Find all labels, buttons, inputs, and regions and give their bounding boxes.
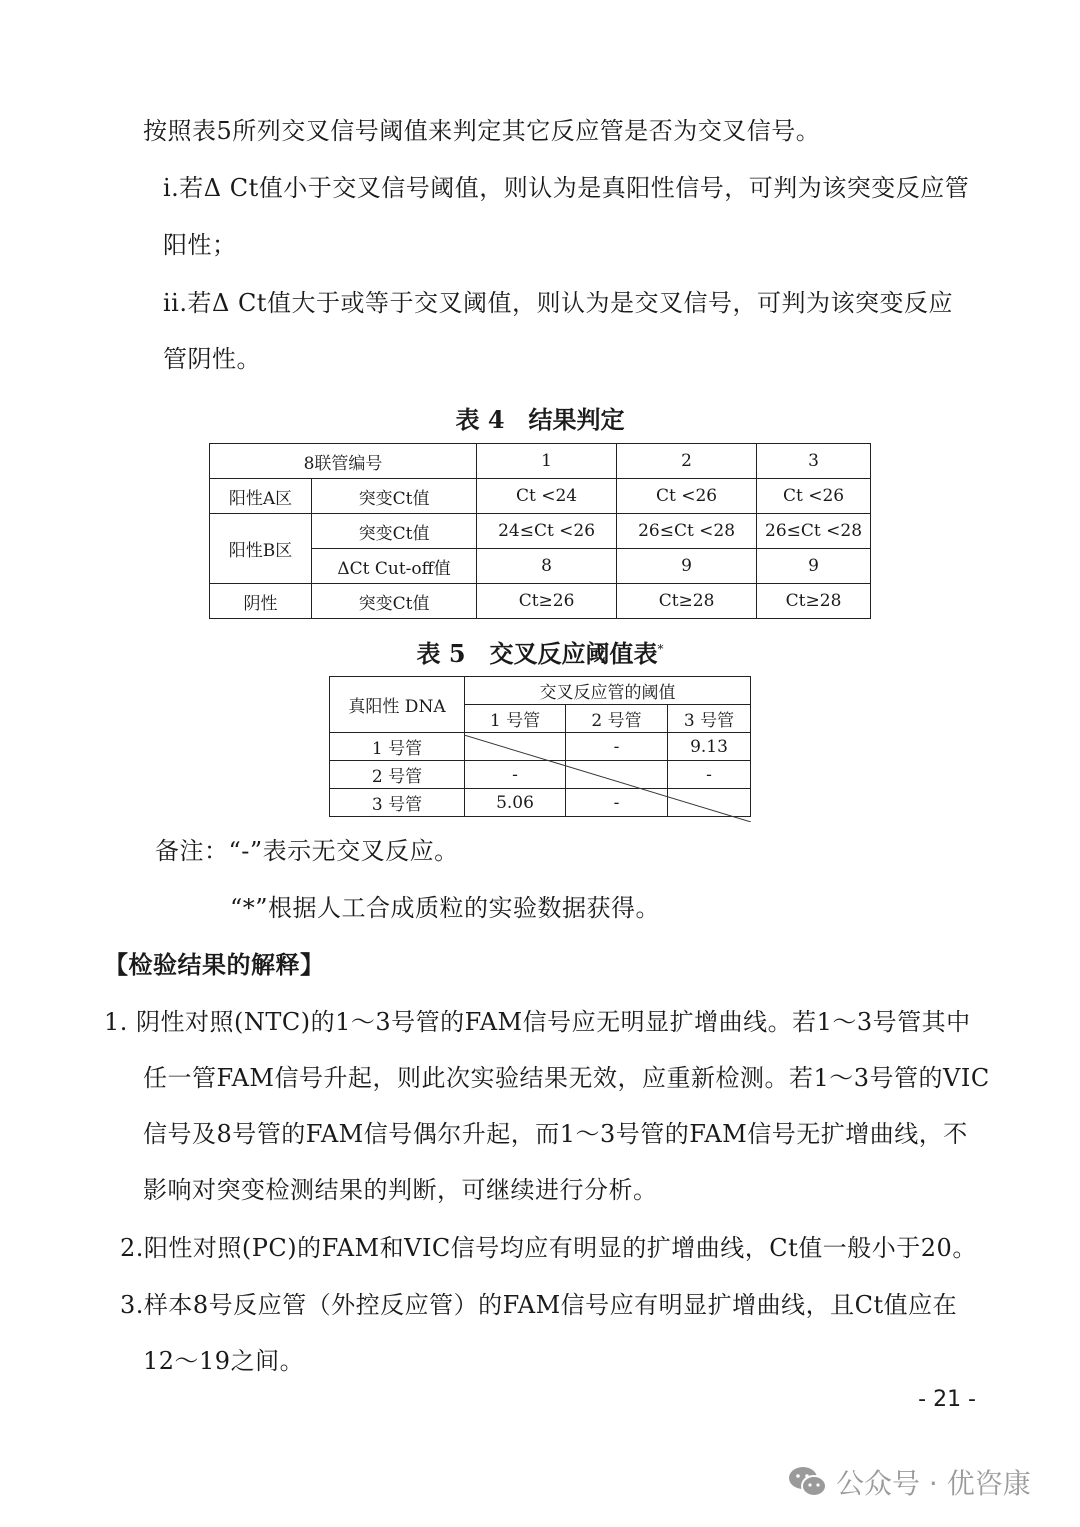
cross-reaction-threshold-table: 真阳性 DNA 交叉反应管的阈值 1 号管 2 号管 3 号管 1 号管 - 9… — [329, 676, 751, 817]
item-3-line-2: 12～19之间。 — [143, 1346, 304, 1376]
watermark-text: 公众号 · 优咨康 — [836, 1462, 1031, 1502]
note-asterisk: “*”根据人工合成质粒的实验数据获得。 — [230, 893, 660, 923]
item-3-line-1: 3.样本8号反应管（外控反应管）的FAM信号应有明显扩增曲线，且Ct值应在 — [120, 1290, 957, 1320]
item-2: 2.阳性对照(PC)的FAM和VIC信号均应有明显的扩增曲线，Ct值一般小于20… — [120, 1233, 977, 1263]
table5-caption: 表 5 交叉反应阈值表* — [329, 634, 751, 669]
table-header-row: 真阳性 DNA 交叉反应管的阈值 — [330, 677, 751, 705]
table-row: 阳性A区 突变Ct值 Ct <24 Ct <26 Ct <26 — [210, 479, 871, 514]
paragraph-rule-ii: ii.若Δ Ct值大于或等于交叉阈值，则认为是交叉信号，可判为该突变反应 — [163, 288, 953, 318]
table-header-row: 8联管编号 1 2 3 — [210, 444, 871, 479]
table-row: 3 号管 5.06 - — [330, 789, 751, 817]
paragraph-intro: 按照表5所列交叉信号阈值来判定其它反应管是否为交叉信号。 — [143, 116, 820, 146]
page-number: - 21 - — [918, 1387, 976, 1412]
wechat-icon — [788, 1465, 828, 1499]
item-1-line-2: 任一管FAM信号升起，则此次实验结果无效，应重新检测。若1～3号管的VIC — [143, 1063, 990, 1093]
result-judgement-table: 8联管编号 1 2 3 阳性A区 突变Ct值 Ct <24 Ct <26 Ct … — [209, 443, 871, 619]
table4-caption: 表 4 结果判定 — [209, 400, 871, 435]
note-dash: 备注：“-”表示无交叉反应。 — [155, 836, 459, 866]
table-row: 2 号管 - - — [330, 761, 751, 789]
table-row: 阴性 突变Ct值 Ct≥26 Ct≥28 Ct≥28 — [210, 584, 871, 619]
paragraph-rule-i: i.若Δ Ct值小于交叉信号阈值，则认为是真阳性信号，可判为该突变反应管 — [163, 173, 969, 203]
section-title: 【检验结果的解释】 — [104, 950, 325, 980]
paragraph-rule-ii-cont: 管阴性。 — [163, 344, 261, 374]
item-1-line-3: 信号及8号管的FAM信号偶尔升起，而1～3号管的FAM信号无扩增曲线，不 — [143, 1119, 968, 1149]
paragraph-rule-i-cont: 阳性； — [163, 230, 237, 260]
item-1-line-1: 1. 阴性对照(NTC)的1～3号管的FAM信号应无明显扩增曲线。若1～3号管其… — [104, 1007, 971, 1037]
table-row: 1 号管 - 9.13 — [330, 733, 751, 761]
table-row: 阳性B区 突变Ct值 24≤Ct <26 26≤Ct <28 26≤Ct <28 — [210, 514, 871, 549]
item-1-line-4: 影响对突变检测结果的判断，可继续进行分析。 — [143, 1175, 658, 1205]
watermark: 公众号 · 优咨康 — [788, 1462, 1031, 1502]
